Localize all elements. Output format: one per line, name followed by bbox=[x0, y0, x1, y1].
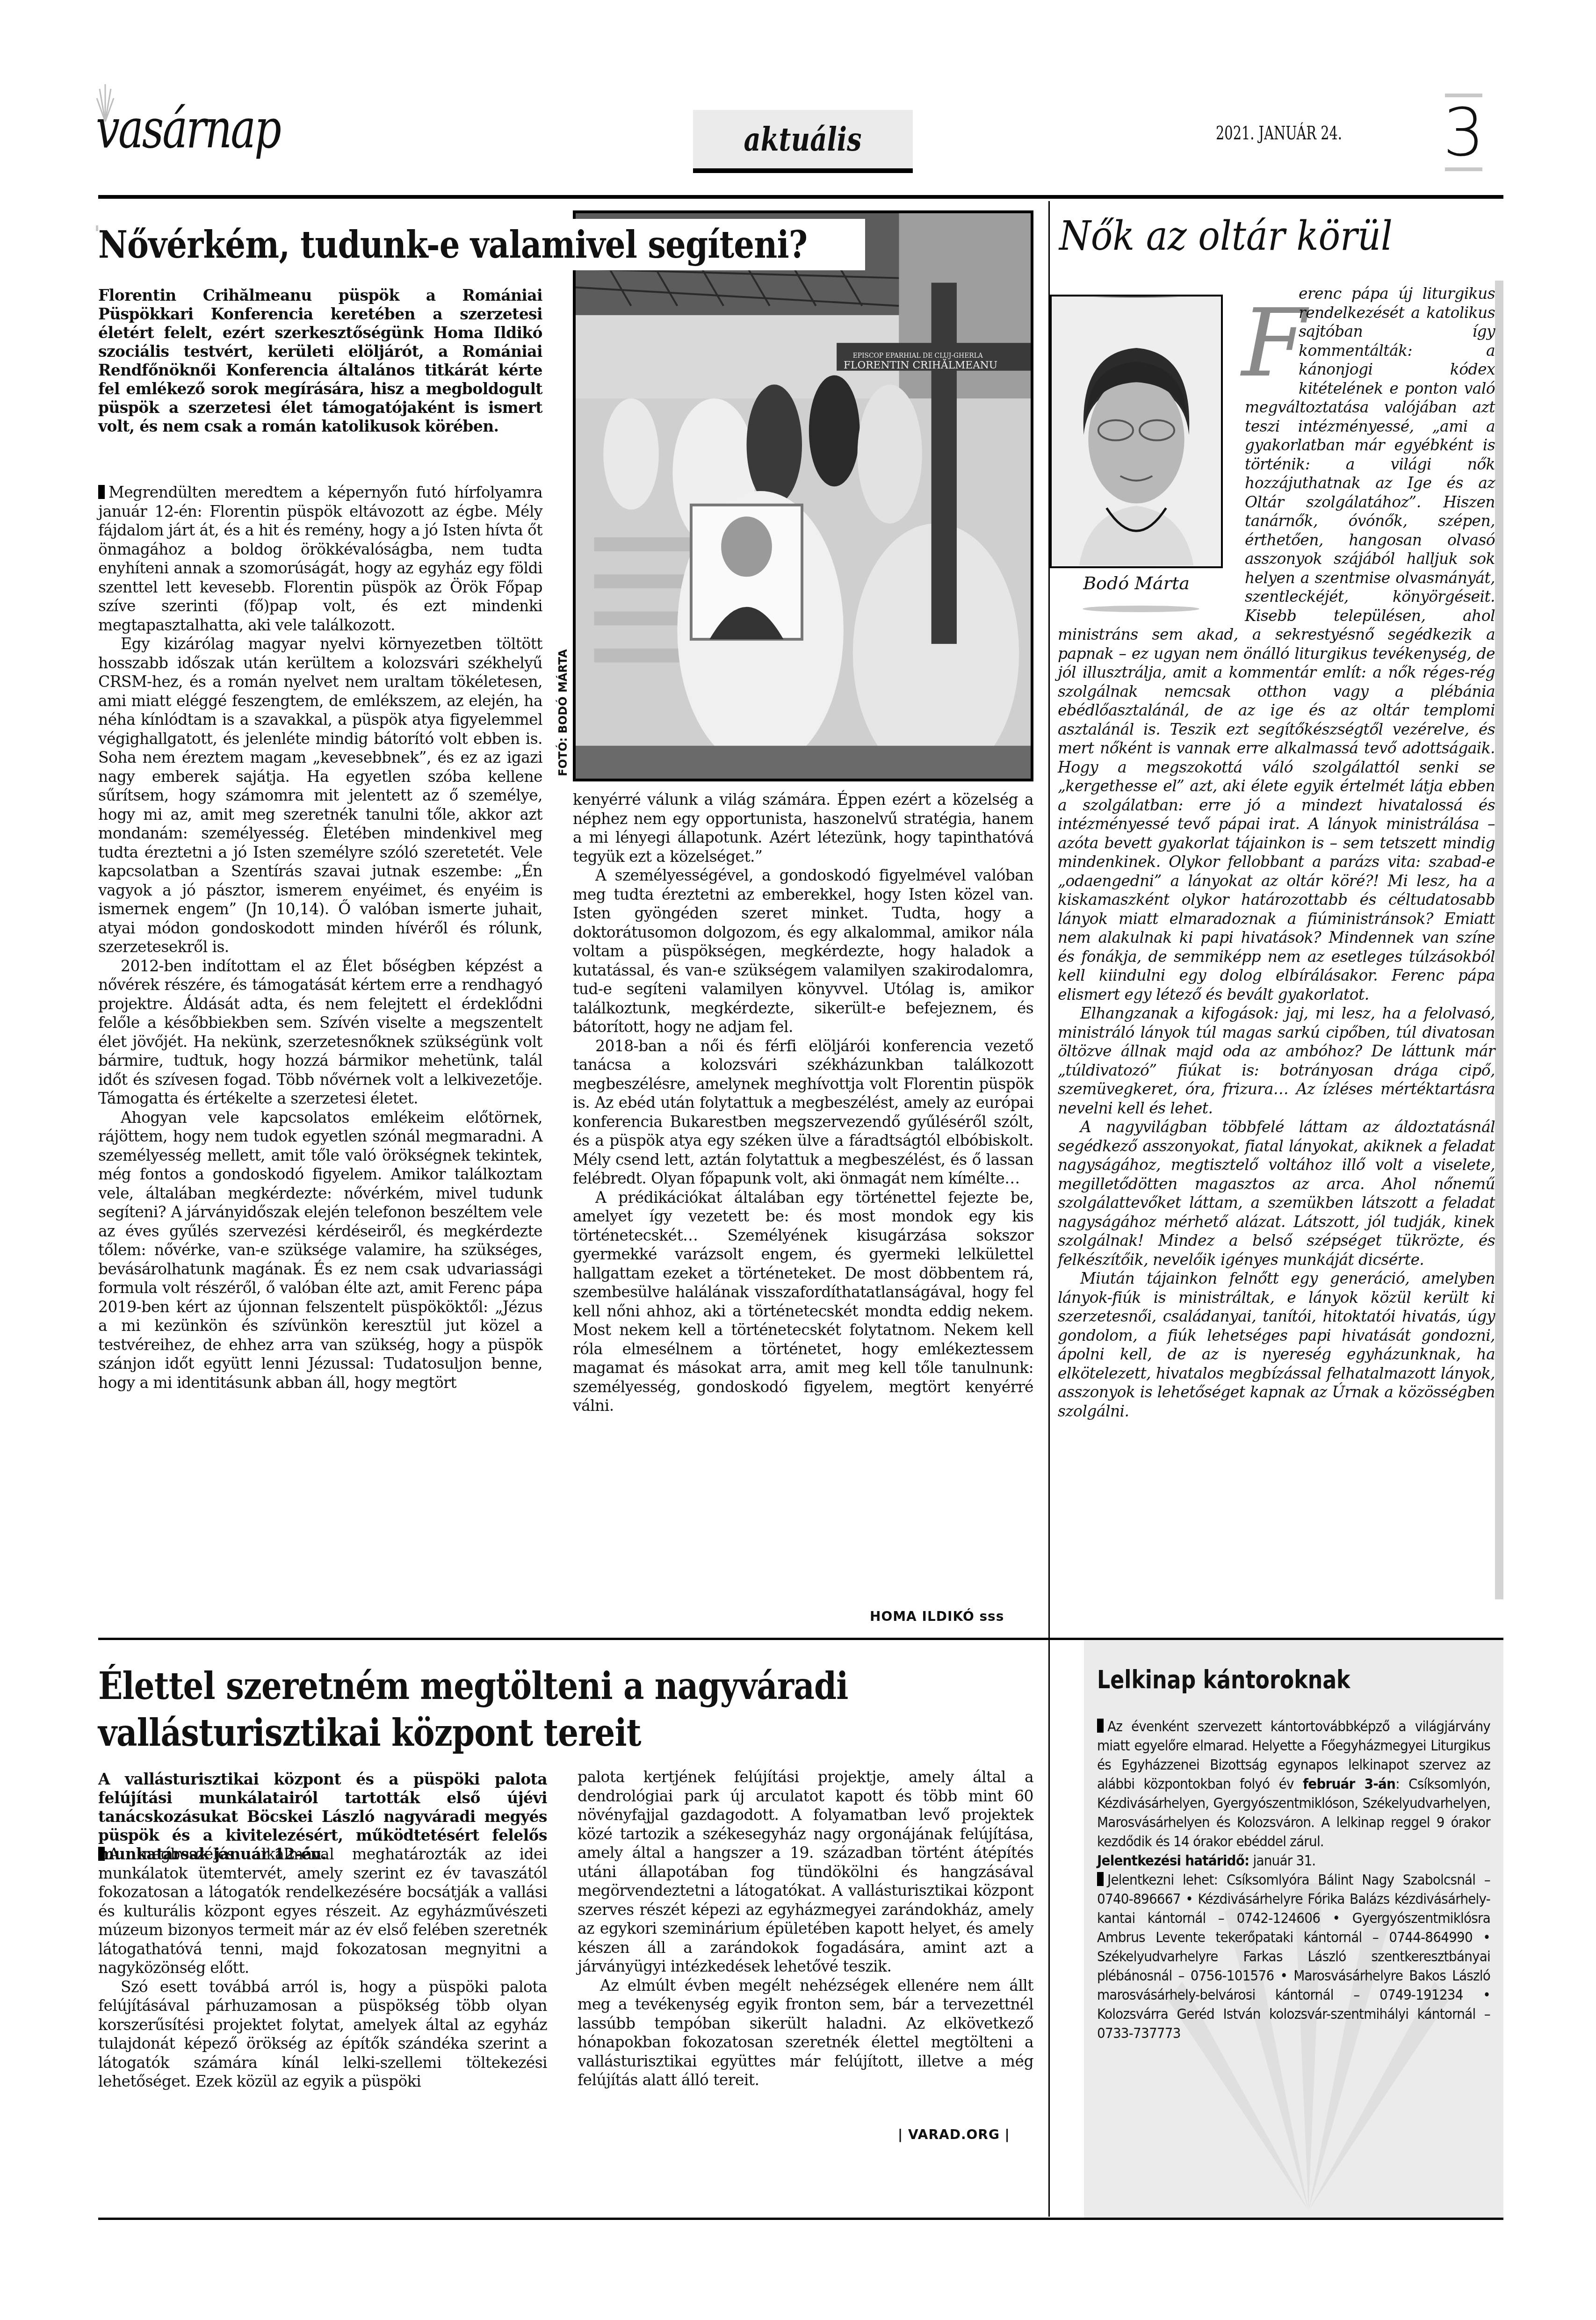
column-text: erenc pápa új liturgikus rendelkezését a… bbox=[1058, 284, 1495, 1421]
article1-paragraph: Egy kizárólag magyar nyelvi környezetben… bbox=[98, 635, 542, 957]
article2-paragraph: Az elmúlt évben megélt nehézségek ellené… bbox=[578, 1976, 1033, 2090]
page-number: 3 bbox=[1426, 98, 1501, 168]
article1-paragraph: Ahogyan vele kapcsolatos emlékeim előtör… bbox=[98, 1108, 542, 1393]
column-title: Nők az oltár körül bbox=[1059, 213, 1393, 260]
article2-paragraph: A megbeszélés alkalmával meghatározták a… bbox=[98, 1845, 547, 1978]
paragraph-marker-icon bbox=[1097, 1719, 1104, 1733]
issue-date: 2021. JANUÁR 24. bbox=[1216, 123, 1342, 144]
paragraph-marker-icon bbox=[98, 1847, 105, 1861]
article2-paragraph: palota kertjének felújítási projektje, a… bbox=[578, 1768, 1033, 1976]
article1-paragraph: 2012-ben indítottam el az Élet bőségben … bbox=[98, 957, 542, 1108]
masthead-rule bbox=[98, 195, 1503, 199]
article1-paragraph: A prédikációkat általában egy történette… bbox=[573, 1188, 1033, 1416]
article2-headline-line1: Élettel szeretném megtölteni a nagyvárad… bbox=[98, 1662, 1023, 1709]
photo-illustration: EPISCOP EPARHIAL DE CLUJ-GHERLA FLORENTI… bbox=[576, 213, 1031, 779]
page-number-value: 3 bbox=[1443, 95, 1484, 171]
article2-paragraph: Szó esett továbbá arról is, hogy a püspö… bbox=[98, 1978, 547, 2091]
funeral-photo: EPISCOP EPARHIAL DE CLUJ-GHERLA FLORENTI… bbox=[573, 210, 1033, 781]
article1-byline: HOMA ILDIKÓ sss bbox=[870, 1609, 1004, 1624]
article1-headline-box: Nővérkém, tudunk-e valamivel segíteni? bbox=[98, 219, 865, 270]
paragraph-marker-icon bbox=[1097, 1872, 1104, 1886]
photo-credit-text: FOTÓ: BODÓ MÁRTA bbox=[556, 649, 570, 776]
article2-headline-line2: vallásturisztikai központ tereit bbox=[98, 1709, 1023, 1756]
section-tab: aktuális bbox=[693, 110, 913, 173]
registration-deadline: Jelentkezési határidő: január 31. bbox=[1097, 1851, 1490, 1871]
article1-column-1: Megrendülten meredtem a képernyőn futó h… bbox=[98, 483, 542, 1392]
column-paragraph: Elhangzanak a kifogások: jaj, mi lesz, h… bbox=[1058, 1004, 1495, 1118]
article2-column-1: A megbeszélés alkalmával meghatározták a… bbox=[98, 1845, 547, 2091]
registration-contacts: Jelentkezni lehet: Csíksomlyóra Bálint N… bbox=[1097, 1871, 1490, 2043]
announcement-text: Az évenként szervezett kántortovábbképző… bbox=[1097, 1717, 1490, 2043]
article2-column-2: palota kertjének felújítási projektje, a… bbox=[578, 1768, 1033, 2090]
page-bottom-rule bbox=[98, 2218, 1503, 2220]
article1-column-2: kenyérré válunk a világ számára. Éppen e… bbox=[573, 790, 1033, 1416]
article1-paragraph: Megrendülten meredtem a képernyőn futó h… bbox=[98, 483, 542, 635]
portrait-float-spacer bbox=[1058, 284, 1245, 621]
article1-lead: Florentin Crihălmeanu püspök a Romániai … bbox=[98, 286, 542, 436]
photo-credit: FOTÓ: BODÓ MÁRTA bbox=[556, 622, 571, 776]
column-paragraph: Miután tájainkon felnőtt egy generáció, … bbox=[1058, 1269, 1495, 1421]
article2-source: | VARAD.ORG | bbox=[898, 2127, 1010, 2142]
section-label: aktuális bbox=[744, 110, 862, 168]
announcement-box: Lelkinap kántoroknak Az évenként szervez… bbox=[1084, 1640, 1503, 2218]
page-number-top-bar bbox=[1445, 94, 1482, 97]
masthead-logo: vasárnap bbox=[96, 98, 348, 164]
article1-paragraph: A személyességével, a gondoskodó figyelm… bbox=[573, 866, 1033, 1037]
article1-paragraph: 2018-ban a női és férfi elöljárói konfer… bbox=[573, 1037, 1033, 1188]
svg-text:FLORENTIN CRIHĂLMEANU: FLORENTIN CRIHĂLMEANU bbox=[844, 359, 997, 371]
svg-text:EPISCOP EPARHIAL DE CLUJ-GHERL: EPISCOP EPARHIAL DE CLUJ-GHERLA bbox=[853, 352, 983, 360]
article1-headline: Nővérkém, tudunk-e valamivel segíteni? bbox=[98, 219, 758, 270]
page-number-bottom-bar bbox=[1445, 167, 1482, 171]
paragraph-marker-icon bbox=[98, 485, 105, 499]
dropcap-float-spacer bbox=[1245, 284, 1299, 387]
announcement-paragraph: Az évenként szervezett kántortovábbképző… bbox=[1097, 1717, 1490, 1851]
logo-text: vasárnap bbox=[96, 102, 280, 156]
article2-headline: Élettel szeretném megtölteni a nagyvárad… bbox=[98, 1662, 1023, 1756]
article1-paragraph: kenyérré válunk a világ számára. Éppen e… bbox=[573, 790, 1033, 866]
column-paragraph: A nagyvilágban többfelé láttam az áldozt… bbox=[1058, 1118, 1495, 1269]
announcement-title: Lelkinap kántoroknak bbox=[1097, 1661, 1420, 1698]
